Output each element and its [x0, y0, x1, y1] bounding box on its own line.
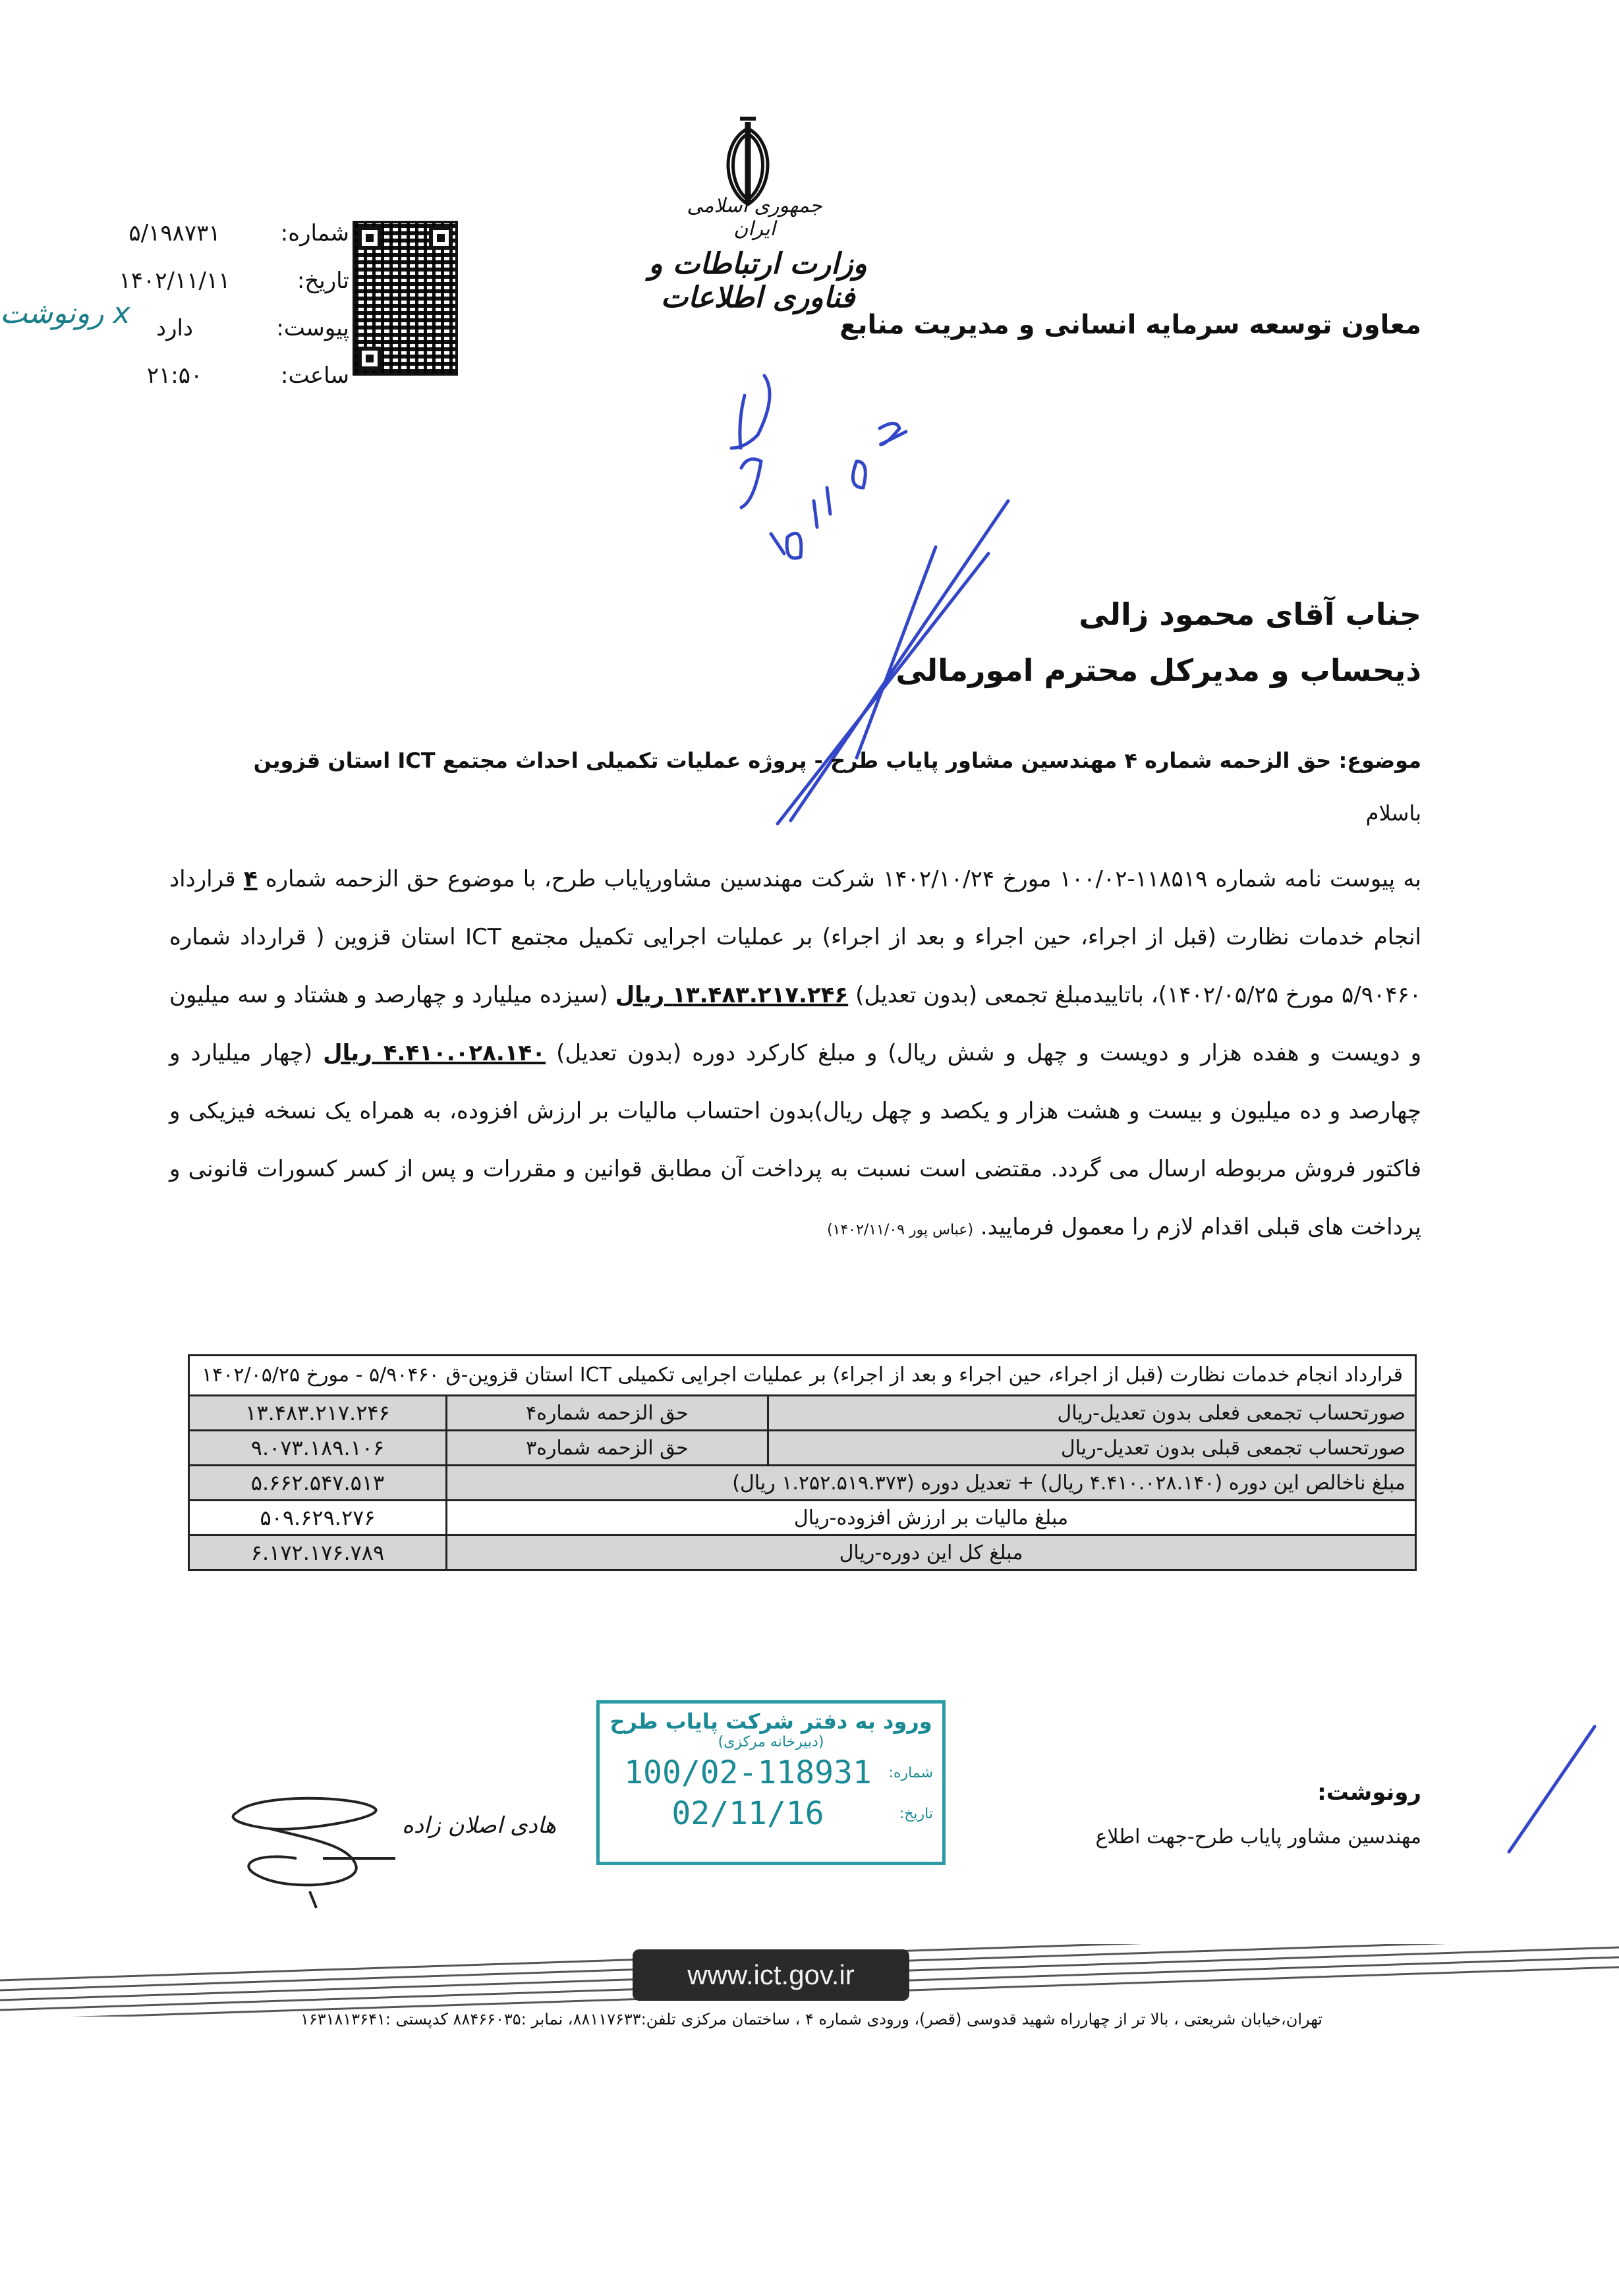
number-label: شماره: — [250, 210, 349, 257]
cc-recipient: مهندسین مشاور پایاب طرح-جهت اطلاع — [1095, 1825, 1421, 1849]
recipient-title: ذیحساب و مدیرکل محترم امورمالی — [895, 652, 1421, 688]
table-row: صورتحساب تجمعی فعلی بدون تعدیل-ریال حق ا… — [189, 1396, 1416, 1431]
qr-finder-icon — [358, 226, 382, 250]
row-value: ۵.۶۶۲.۵۴۷.۵۱۳ — [189, 1466, 447, 1501]
body-part-1: به پیوست نامه شماره ۱۱۸۵۱۹-۱۰۰/۰۲ مورخ ۱… — [266, 866, 1421, 892]
stamp-date-row: تاریخ: 02/11/16 — [609, 1795, 933, 1832]
date-label: تاریخ: — [250, 257, 349, 304]
meta-date-row: تاریخ: ۱۴۰۲/۱۱/۱۱ — [99, 257, 349, 304]
stamp-number-row: شماره: 100/02-118931 — [609, 1754, 933, 1791]
payment-summary-table: قرارداد انجام خدمات نظارت (قبل از اجراء،… — [188, 1354, 1417, 1571]
qr-code-icon — [353, 221, 458, 376]
number-value: ۵/۱۹۸۷۳۱ — [99, 210, 250, 257]
signature-icon — [217, 1793, 415, 1911]
attachment-label: پیوست: — [250, 304, 349, 352]
meta-time-row: ساعت: ۲۱:۵۰ — [99, 352, 349, 399]
row-label: صورتحساب تجمعی فعلی بدون تعدیل-ریال — [768, 1396, 1415, 1431]
letter-subject: موضوع: حق الزحمه شماره ۴ مهندسین مشاور پ… — [202, 748, 1421, 773]
meta-number-row: شماره: ۵/۱۹۸۷۳۱ — [99, 210, 349, 257]
row-label: مبلغ ناخالص این دوره (۴.۴۱۰.۰۲۸.۱۴۰ ریال… — [447, 1466, 1416, 1501]
reference-note: (عباس پور ۱۴۰۲/۱۱/۰۹) — [827, 1222, 973, 1238]
website-url-link[interactable]: www.ict.gov.ir — [633, 1949, 909, 2001]
ministry-name: وزارت ارتباطات و فناوری اطلاعات — [619, 247, 896, 314]
row-value: ۱۳.۴۸۳.۲۱۷.۲۴۶ — [189, 1396, 447, 1431]
stamp-number-label: شماره: — [887, 1765, 933, 1781]
table-title: قرارداد انجام خدمات نظارت (قبل از اجراء،… — [189, 1356, 1416, 1396]
letter-meta: شماره: ۵/۱۹۸۷۳۱ تاریخ: ۱۴۰۲/۱۱/۱۱ پیوست:… — [99, 210, 349, 399]
body-part-4: (چهار میلیارد و چهارصد و ده میلیون و بیس… — [169, 1040, 1421, 1240]
row-ref: حق الزحمه شماره۳ — [447, 1431, 768, 1466]
row-value: ۶.۱۷۲.۱۷۶.۷۸۹ — [189, 1535, 447, 1570]
deputy-office-title: معاون توسعه سرمایه انسانی و مدیریت منابع — [839, 310, 1421, 340]
stamp-subtitle: (دبیرخانه مرکزی) — [609, 1734, 933, 1750]
row-label: مبلغ کل این دوره-ریال — [447, 1535, 1416, 1570]
cumulative-amount: ۱۳.۴۸۳.۲۱۷.۲۴۶ ریال — [615, 982, 849, 1008]
time-value: ۲۱:۵۰ — [99, 352, 250, 399]
table-row: مبلغ ناخالص این دوره (۴.۴۱۰.۰۲۸.۱۴۰ ریال… — [189, 1466, 1416, 1501]
invoice-number-emphasis: ۴ — [244, 866, 258, 892]
table-row: مبلغ مالیات بر ارزش افزوده-ریال ۵۰۹.۶۲۹.… — [189, 1501, 1416, 1535]
table-row: مبلغ کل این دوره-ریال ۶.۱۷۲.۱۷۶.۷۸۹ — [189, 1535, 1416, 1570]
time-label: ساعت: — [250, 352, 349, 399]
received-stamp: ورود به دفتر شرکت پایاب طرح (دبیرخانه مر… — [596, 1700, 946, 1865]
row-ref: حق الزحمه شماره۴ — [447, 1396, 768, 1431]
row-value: ۵۰۹.۶۲۹.۲۷۶ — [189, 1501, 447, 1535]
stamp-date-label: تاریخ: — [887, 1806, 933, 1822]
row-value: ۹.۰۷۳.۱۸۹.۱۰۶ — [189, 1431, 447, 1466]
emblem-republic-text: جمهوری اسلامی ایران — [672, 194, 837, 241]
recipient-name: جناب آقای محمود زالی — [1079, 596, 1421, 632]
table-row: صورتحساب تجمعی قبلی بدون تعدیل-ریال حق ا… — [189, 1431, 1416, 1466]
stamp-date-value: 02/11/16 — [609, 1795, 887, 1832]
table-title-row: قرارداد انجام خدمات نظارت (قبل از اجراء،… — [189, 1356, 1416, 1396]
signatory-name: هادی اصلان زاده — [402, 1812, 556, 1839]
row-label: مبلغ مالیات بر ارزش افزوده-ریال — [447, 1501, 1416, 1535]
handwritten-margin-note: x رونوشت — [0, 297, 130, 330]
qr-finder-icon — [358, 347, 382, 370]
stamp-title: ورود به دفتر شرکت پایاب طرح — [609, 1709, 933, 1734]
letter-body: به پیوست نامه شماره ۱۱۸۵۱۹-۱۰۰/۰۲ مورخ ۱… — [169, 850, 1421, 1259]
stamp-number-value: 100/02-118931 — [609, 1754, 887, 1791]
qr-finder-icon — [429, 226, 453, 250]
row-label: صورتحساب تجمعی قبلی بدون تعدیل-ریال — [768, 1431, 1415, 1466]
greeting: باسلام — [1366, 801, 1421, 826]
footer-address: تهران،خیابان شریعتی ، بالا تر از چهارراه… — [169, 2010, 1322, 2028]
cc-label: رونوشت: — [1317, 1779, 1421, 1806]
period-amount: ۴.۴۱۰.۰۲۸.۱۴۰ ریال — [323, 1040, 546, 1066]
meta-attachment-row: پیوست: دارد — [99, 304, 349, 352]
